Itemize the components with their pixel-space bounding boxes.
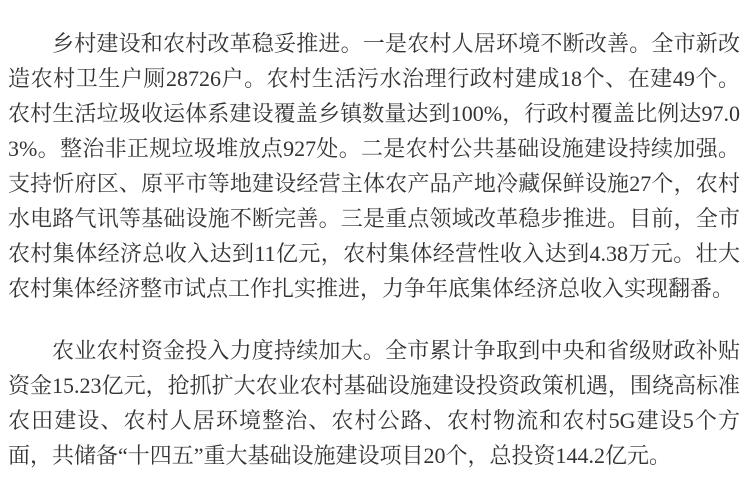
paragraph-rural-construction: 乡村建设和农村改革稳妥推进。一是农村人居环境不断改善。全市新改造农村卫生户厕28… [8, 26, 740, 306]
paragraph-agriculture-funding: 农业农村资金投入力度持续加大。全市累计争取到中央和省级财政补贴资金15.23亿元… [8, 333, 740, 473]
document-page: 乡村建设和农村改革稳妥推进。一是农村人居环境不断改善。全市新改造农村卫生户厕28… [0, 0, 748, 498]
